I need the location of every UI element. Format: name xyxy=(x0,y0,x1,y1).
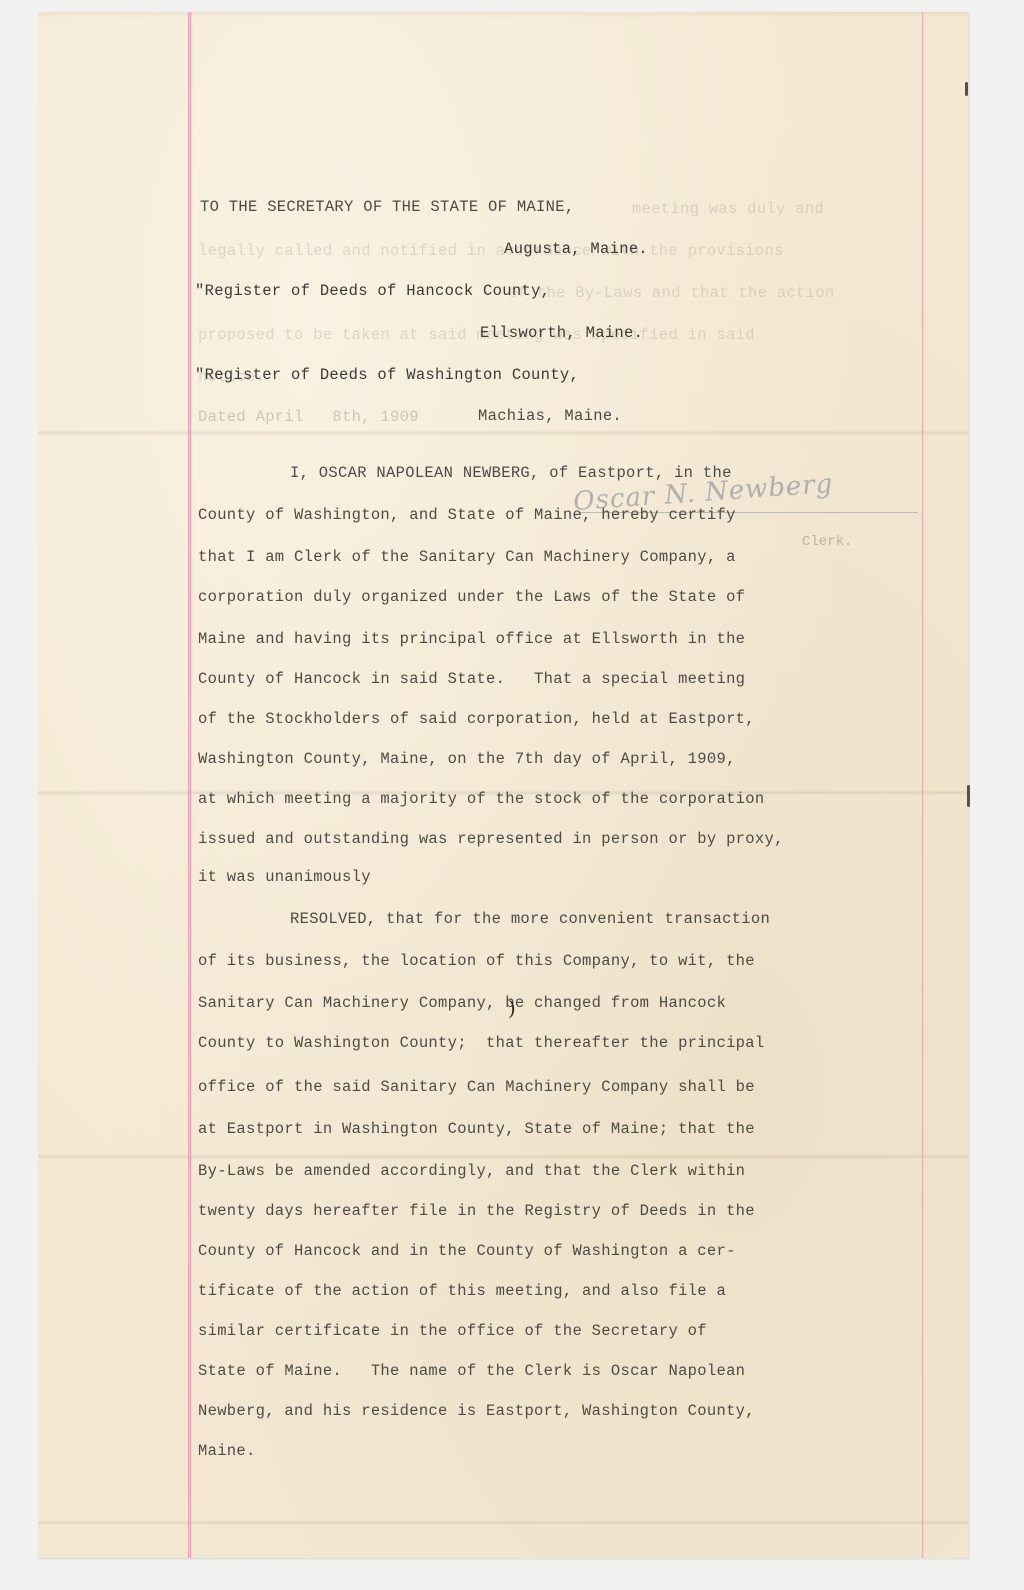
body-line: County of Hancock in said State. That a … xyxy=(198,670,745,688)
address-line: Machias, Maine. xyxy=(478,407,622,425)
body-line: at which meeting a majority of the stock… xyxy=(198,790,765,808)
body-line: twenty days hereafter file in the Regist… xyxy=(198,1202,755,1220)
ghost-date: Dated April 8th, 1909 xyxy=(198,408,419,426)
address-line: TO THE SECRETARY OF THE STATE OF MAINE, xyxy=(200,198,574,216)
body-line: it was unanimously xyxy=(198,868,371,886)
paper-fold xyxy=(38,430,968,436)
address-line: Ellsworth, Maine. xyxy=(480,324,643,342)
ghost-text: meeting was duly and xyxy=(632,200,824,218)
body-line: County of Hancock and in the County of W… xyxy=(198,1242,736,1260)
document-page: meeting was duly and legally called and … xyxy=(38,12,968,1558)
ghost-text: of the By-Laws and that the action xyxy=(508,284,834,302)
body-line: issued and outstanding was represented i… xyxy=(198,830,784,848)
body-line: tificate of the action of this meeting, … xyxy=(198,1282,726,1300)
body-line: Maine and having its principal office at… xyxy=(198,630,745,648)
clerk-title: Clerk. xyxy=(802,534,852,550)
body-line: Washington County, Maine, on the 7th day… xyxy=(198,750,736,768)
body-line: similar certificate in the office of the… xyxy=(198,1322,707,1340)
ghost-text: proposed to be taken at said meeting was… xyxy=(198,326,755,344)
body-line: County of Washington, and State of Maine… xyxy=(198,506,736,524)
body-line: Sanitary Can Machinery Company, be chang… xyxy=(198,994,726,1012)
body-line: of the Stockholders of said corporation,… xyxy=(198,710,755,728)
body-line: that I am Clerk of the Sanitary Can Mach… xyxy=(198,548,736,566)
paper-edge-tear xyxy=(965,82,968,96)
body-line: RESOLVED, that for the more convenient t… xyxy=(290,910,770,928)
right-margin-line xyxy=(922,12,923,1558)
body-line: State of Maine. The name of the Clerk is… xyxy=(198,1362,745,1380)
body-line: I, OSCAR NAPOLEAN NEWBERG, of Eastport, … xyxy=(290,464,732,482)
handwritten-comma-mark: ) xyxy=(508,996,516,1020)
address-line: Augusta, Maine. xyxy=(504,240,648,258)
body-line: Newberg, and his residence is Eastport, … xyxy=(198,1402,755,1420)
paper-fold xyxy=(38,1520,968,1526)
body-line: at Eastport in Washington County, State … xyxy=(198,1120,755,1138)
body-line: corporation duly organized under the Law… xyxy=(198,588,745,606)
ghost-text: legally called and notified in accordanc… xyxy=(198,242,784,260)
body-line: County to Washington County; that therea… xyxy=(198,1034,765,1052)
body-line: office of the said Sanitary Can Machiner… xyxy=(198,1078,755,1096)
address-line: "Register of Deeds of Washington County, xyxy=(195,366,579,384)
body-line: Maine. xyxy=(198,1442,256,1460)
body-line: of its business, the location of this Co… xyxy=(198,952,755,970)
address-line: "Register of Deeds of Hancock County, xyxy=(195,282,550,300)
left-margin-line xyxy=(188,12,191,1558)
paper-edge-tear xyxy=(967,785,970,807)
body-line: By-Laws be amended accordingly, and that… xyxy=(198,1162,745,1180)
paper-fold xyxy=(38,1154,968,1160)
